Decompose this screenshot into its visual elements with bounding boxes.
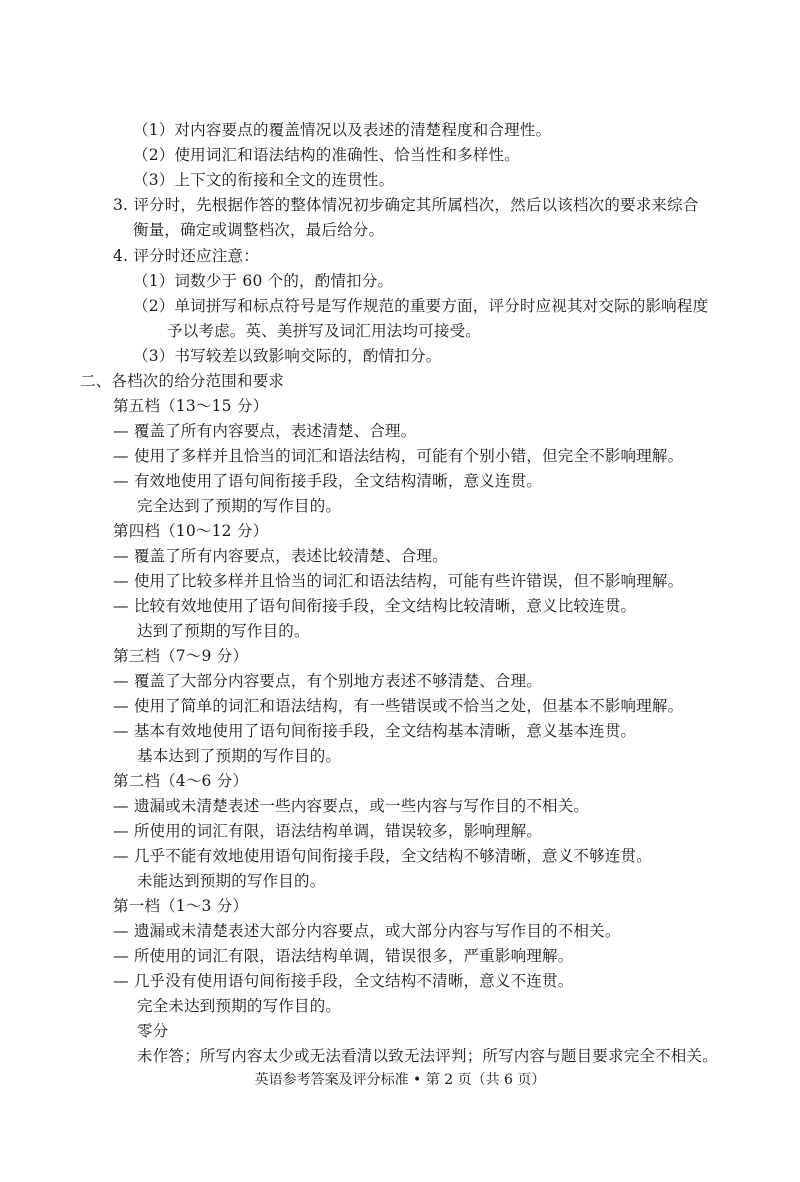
scoring-rule-4-title: 4. 评分时还应注意： bbox=[113, 246, 259, 266]
criteria-item-1: （1）对内容要点的覆盖情况以及表述的清楚程度和合理性。 bbox=[133, 120, 551, 140]
level-1-point-3: — 几乎没有使用语句间衔接手段，全文结构不清晰，意义不连贯。 bbox=[113, 971, 573, 991]
level-5-point-2: — 使用了多样并且恰当的词汇和语法结构，可能有个别小错，但完全不影响理解。 bbox=[113, 446, 683, 466]
level-5-summary: 完全达到了预期的写作目的。 bbox=[137, 496, 341, 516]
level-5-point-1: — 覆盖了所有内容要点，表述清楚、合理。 bbox=[113, 421, 416, 441]
note-2-line-1: （2）单词拼写和标点符号是写作规范的重要方面，评分时应视其对交际的影响程度 bbox=[133, 296, 708, 316]
level-1-point-2: — 所使用的词汇有限，语法结构单调，错误很多，严重影响理解。 bbox=[113, 946, 573, 966]
note-1: （1）词数少于 60 个的，酌情扣分。 bbox=[133, 271, 393, 291]
scoring-rule-3-line-2: 衡量，确定或调整档次，最后给分。 bbox=[133, 220, 384, 240]
level-4-title: 第四档（10～12 分） bbox=[113, 521, 268, 541]
level-3-summary: 基本达到了预期的写作目的。 bbox=[137, 746, 341, 766]
note-2-line-2: 予以考虑。英、美拼写及词汇用法均可接受。 bbox=[167, 321, 481, 341]
zero-score-description: 未作答；所写内容太少或无法看清以致无法评判；所写内容与题目要求完全不相关。 bbox=[137, 1046, 718, 1066]
level-3-title: 第三档（7～9 分） bbox=[113, 646, 248, 666]
level-4-point-1: — 覆盖了所有内容要点，表述比较清楚、合理。 bbox=[113, 546, 448, 566]
scoring-rule-3-line-1: 3. 评分时，先根据作答的整体情况初步确定其所属档次，然后以该档次的要求来综合 bbox=[113, 195, 699, 215]
note-3: （3）书写较差以致影响交际的，酌情扣分。 bbox=[133, 346, 441, 366]
page-footer: 英语参考答案及评分标准 • 第 2 页（共 6 页） bbox=[0, 1071, 800, 1089]
level-2-summary: 未能达到预期的写作目的。 bbox=[137, 871, 325, 891]
level-3-point-1: — 覆盖了大部分内容要点，有个别地方表述不够清楚、合理。 bbox=[113, 671, 542, 691]
level-5-title: 第五档（13～15 分） bbox=[113, 396, 268, 416]
level-2-point-1: — 遗漏或未清楚表述一些内容要点，或一些内容与写作目的不相关。 bbox=[113, 796, 589, 816]
level-4-summary: 达到了预期的写作目的。 bbox=[137, 621, 310, 641]
zero-score-title: 零分 bbox=[137, 1021, 168, 1041]
level-1-title: 第一档（1～3 分） bbox=[113, 896, 248, 916]
level-2-title: 第二档（4～6 分） bbox=[113, 771, 248, 791]
criteria-item-2: （2）使用词汇和语法结构的准确性、恰当性和多样性。 bbox=[133, 145, 520, 165]
level-2-point-2: — 所使用的词汇有限，语法结构单调，错误较多，影响理解。 bbox=[113, 821, 542, 841]
level-4-point-3: — 比较有效地使用了语句间衔接手段，全文结构比较清晰，意义比较连贯。 bbox=[113, 596, 636, 616]
level-5-point-3: — 有效地使用了语句间衔接手段，全文结构清晰，意义连贯。 bbox=[113, 471, 542, 491]
section-2-title: 二、各档次的给分范围和要求 bbox=[80, 371, 284, 391]
level-1-point-1: — 遗漏或未清楚表述大部分内容要点，或大部分内容与写作目的不相关。 bbox=[113, 921, 621, 941]
criteria-item-3: （3）上下文的衔接和全文的连贯性。 bbox=[133, 170, 394, 190]
document-page: （1）对内容要点的覆盖情况以及表述的清楚程度和合理性。 （2）使用词汇和语法结构… bbox=[0, 0, 800, 1182]
level-3-point-3: — 基本有效地使用了语句间衔接手段，全文结构基本清晰，意义基本连贯。 bbox=[113, 721, 636, 741]
level-1-summary: 完全未达到预期的写作目的。 bbox=[137, 996, 341, 1016]
level-3-point-2: — 使用了简单的词汇和语法结构，有一些错误或不恰当之处，但基本不影响理解。 bbox=[113, 696, 683, 716]
level-2-point-3: — 几乎不能有效地使用语句间衔接手段，全文结构不够清晰，意义不够连贯。 bbox=[113, 846, 652, 866]
level-4-point-2: — 使用了比较多样并且恰当的词汇和语法结构，可能有些许错误，但不影响理解。 bbox=[113, 571, 683, 591]
